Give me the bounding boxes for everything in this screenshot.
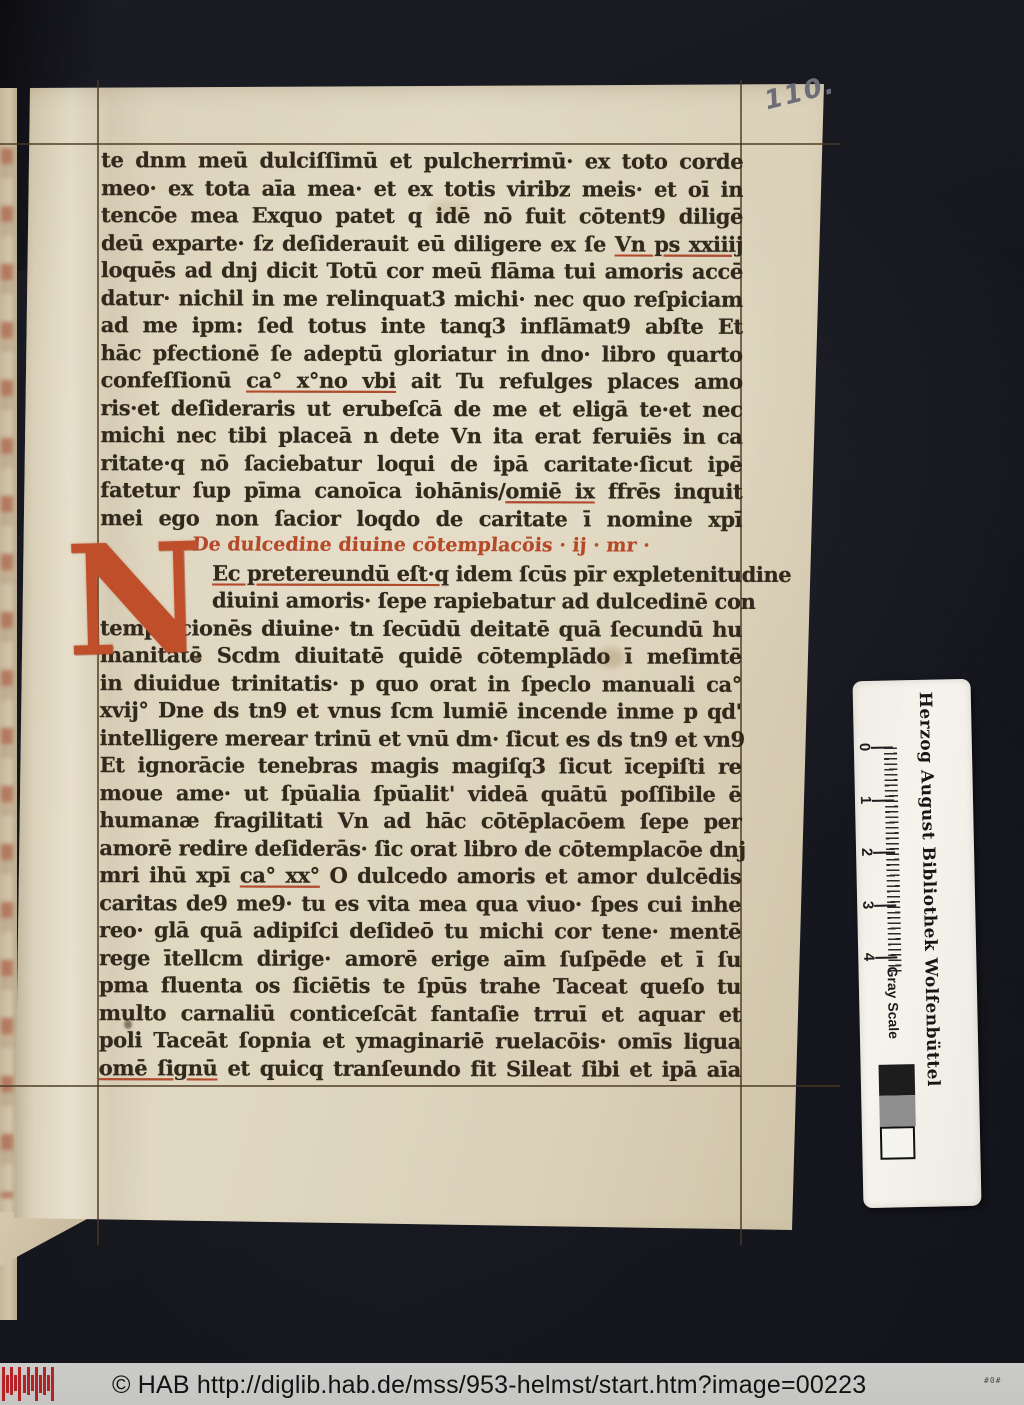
gray-scale-white-swatch: [880, 1126, 916, 1160]
ruler-number: 2: [858, 844, 874, 860]
footer-bar: © HAB http://diglib.hab.de/mss/953-helms…: [0, 1363, 1024, 1405]
registration-bar: [35, 1367, 38, 1401]
registration-mark: [2, 1367, 62, 1405]
ruler-number: 1: [857, 791, 873, 807]
registration-bar: [27, 1367, 30, 1395]
manuscript-photo: te dnm meū dulciſſimū et pulcherrimū· ex…: [0, 80, 840, 1245]
gray-scale-swatches: [879, 1064, 917, 1160]
page-edge-vignette: [0, 80, 840, 1245]
print-mark: #0#: [984, 1376, 1001, 1385]
gray-scale-black-swatch: [879, 1064, 916, 1096]
registration-bar: [31, 1375, 34, 1391]
ruler-number: 0: [856, 739, 872, 755]
registration-bar: [23, 1375, 26, 1393]
copyright-url: © HAB http://diglib.hab.de/mss/953-helms…: [112, 1363, 866, 1405]
registration-bar: [14, 1375, 17, 1391]
ruler-number: 4: [860, 949, 876, 965]
gray-scale-gray-swatch: [879, 1095, 916, 1127]
registration-bar: [2, 1367, 5, 1401]
ruler-mm-ticks: [884, 747, 902, 972]
registration-bar: [6, 1375, 9, 1393]
ruler-number: 3: [859, 896, 875, 912]
registration-bar: [10, 1367, 13, 1395]
gray-scale-label: Gray Scale: [884, 966, 902, 1076]
registration-bar: [39, 1375, 42, 1393]
registration-bar: [43, 1367, 46, 1395]
registration-bar: [51, 1367, 54, 1401]
color-scale-card: 01234 Herzog August Bibliothek Wolfenbüt…: [852, 679, 981, 1208]
registration-bar: [47, 1375, 50, 1391]
registration-bar: [18, 1367, 21, 1401]
card-title: Herzog August Bibliothek Wolfenbüttel: [915, 692, 946, 1197]
